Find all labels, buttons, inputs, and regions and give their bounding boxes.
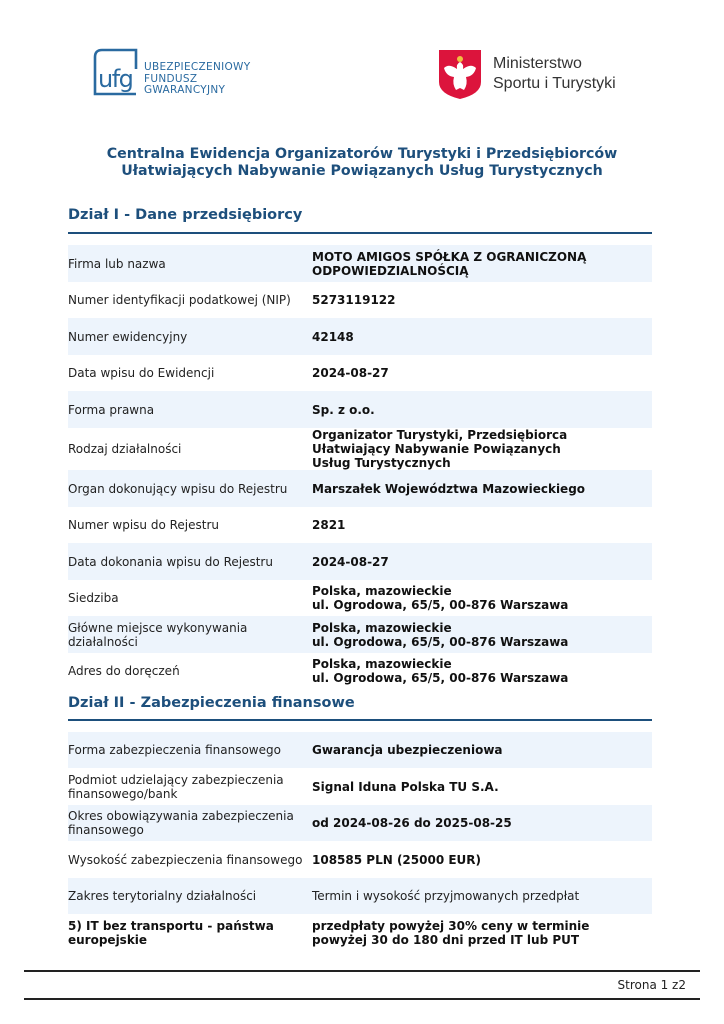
value: Signal Iduna Polska TU S.A. — [312, 780, 652, 794]
value: Marszałek Województwa Mazowieckiego — [312, 482, 652, 496]
svg-text:ufg: ufg — [98, 65, 133, 93]
row-register-number: Numer wpisu do Rejestru 2821 — [68, 507, 652, 543]
document-title: Centralna Ewidencja Organizatorów Turyst… — [0, 146, 724, 180]
section-2-table: Forma zabezpieczenia finansowego Gwaranc… — [68, 732, 652, 952]
label: Zakres terytorialny działalności — [68, 889, 312, 903]
page-number: Strona 1 z2 — [618, 978, 687, 992]
value: 108585 PLN (25000 EUR) — [312, 853, 652, 867]
row-register-authority: Organ dokonujący wpisu do Rejestru Marsz… — [68, 470, 652, 507]
row-company-name: Firma lub nazwa MOTO AMIGOS SPÓŁKA Z OGR… — [68, 245, 652, 282]
value-line-1: Polska, mazowieckie — [312, 584, 652, 598]
row-delivery-address: Adres do doręczeń Polska, mazowieckie ul… — [68, 653, 652, 689]
value-line-1: Polska, mazowieckie — [312, 621, 652, 635]
ministry-line-2: Sportu i Turystyki — [493, 74, 616, 94]
label: Data dokonania wpisu do Rejestru — [68, 555, 312, 569]
polish-eagle-emblem-icon — [437, 48, 483, 100]
row-register-date: Data dokonania wpisu do Rejestru 2024-08… — [68, 543, 652, 580]
value: 5273119122 — [312, 293, 652, 307]
ministry-line-1: Ministerstwo — [493, 54, 616, 74]
row-seat: Siedziba Polska, mazowieckie ul. Ogrodow… — [68, 580, 652, 616]
value: Termin i wysokość przyjmowanych przedpła… — [312, 889, 652, 903]
label: Okres obowiązywania zabezpieczenia finan… — [68, 809, 312, 837]
label: Numer identyfikacji podatkowej (NIP) — [68, 293, 312, 307]
value-line-2: ul. Ogrodowa, 65/5, 00-876 Warszawa — [312, 671, 652, 685]
footer-bottom-rule — [24, 998, 700, 1000]
row-legal-form: Forma prawna Sp. z o.o. — [68, 391, 652, 428]
row-activity-type: Rodzaj działalności Organizator Turystyk… — [68, 428, 652, 470]
label: Organ dokonujący wpisu do Rejestru — [68, 482, 312, 496]
title-line-2: Ułatwiających Nabywanie Powiązanych Usłu… — [0, 163, 724, 180]
value-line-1: Polska, mazowieckie — [312, 657, 652, 671]
value-line-2: ul. Ogrodowa, 65/5, 00-876 Warszawa — [312, 598, 652, 612]
label: Siedziba — [68, 591, 312, 605]
value: Gwarancja ubezpieczeniowa — [312, 743, 652, 757]
section-1-rule — [68, 232, 652, 234]
value: 42148 — [312, 330, 652, 344]
label: Forma prawna — [68, 403, 312, 417]
value: przedpłaty powyżej 30% ceny w terminie p… — [312, 919, 652, 947]
label: Rodzaj działalności — [68, 442, 312, 456]
row-registry-number: Numer ewidencyjny 42148 — [68, 318, 652, 355]
value: Polska, mazowieckie ul. Ogrodowa, 65/5, … — [312, 657, 652, 685]
label: Numer ewidencyjny — [68, 330, 312, 344]
ufg-line-1: UBEZPIECZENIOWY — [144, 62, 250, 74]
value: 2024-08-27 — [312, 366, 652, 380]
row-security-amount: Wysokość zabezpieczenia finansowego 1085… — [68, 841, 652, 878]
label: Podmiot udzielający zabezpieczenia finan… — [68, 773, 312, 801]
row-territorial-scope-header: Zakres terytorialny działalności Termin … — [68, 878, 652, 914]
ministry-logo: Ministerstwo Sportu i Turystyki — [437, 48, 637, 103]
label: Firma lub nazwa — [68, 257, 312, 271]
row-main-place: Główne miejsce wykonywania działalności … — [68, 616, 652, 653]
footer-top-rule — [24, 970, 700, 972]
row-security-form: Forma zabezpieczenia finansowego Gwaranc… — [68, 732, 652, 768]
label: Forma zabezpieczenia finansowego — [68, 743, 312, 757]
row-validity-period: Okres obowiązywania zabezpieczenia finan… — [68, 805, 652, 841]
row-nip: Numer identyfikacji podatkowej (NIP) 527… — [68, 282, 652, 318]
ufg-mark-icon: ufg — [92, 47, 140, 97]
ministry-name: Ministerstwo Sportu i Turystyki — [493, 54, 616, 94]
value: Polska, mazowieckie ul. Ogrodowa, 65/5, … — [312, 621, 652, 649]
label: Data wpisu do Ewidencji — [68, 366, 312, 380]
label: 5) IT bez transportu - państwa europejsk… — [68, 919, 312, 947]
value: Sp. z o.o. — [312, 403, 652, 417]
value: od 2024-08-26 do 2025-08-25 — [312, 816, 652, 830]
title-line-1: Centralna Ewidencja Organizatorów Turyst… — [0, 146, 724, 163]
value-line-2: ul. Ogrodowa, 65/5, 00-876 Warszawa — [312, 635, 652, 649]
row-territorial-scope-entry: 5) IT bez transportu - państwa europejsk… — [68, 914, 652, 952]
section-2-heading: Dział II - Zabezpieczenia finansowe — [68, 695, 652, 711]
value: MOTO AMIGOS SPÓŁKA Z OGRANICZONĄ ODPOWIE… — [312, 250, 652, 278]
label: Główne miejsce wykonywania działalności — [68, 621, 312, 649]
row-entry-date: Data wpisu do Ewidencji 2024-08-27 — [68, 355, 652, 391]
section-1-table: Firma lub nazwa MOTO AMIGOS SPÓŁKA Z OGR… — [68, 245, 652, 689]
label: Numer wpisu do Rejestru — [68, 518, 312, 532]
label: Adres do doręczeń — [68, 664, 312, 678]
section-1-heading: Dział I - Dane przedsiębiorcy — [68, 207, 652, 223]
value: Polska, mazowieckie ul. Ogrodowa, 65/5, … — [312, 584, 652, 612]
label: Wysokość zabezpieczenia finansowego — [68, 853, 312, 867]
section-2-rule — [68, 719, 652, 721]
value: Organizator Turystyki, Przedsiębiorca Uł… — [312, 428, 652, 470]
ufg-logo: ufg UBEZPIECZENIOWY FUNDUSZ GWARANCYJNY — [92, 45, 262, 100]
value: 2024-08-27 — [312, 555, 652, 569]
row-security-provider: Podmiot udzielający zabezpieczenia finan… — [68, 768, 652, 805]
value: 2821 — [312, 518, 652, 532]
ufg-line-3: GWARANCYJNY — [144, 85, 250, 97]
ufg-name: UBEZPIECZENIOWY FUNDUSZ GWARANCYJNY — [144, 62, 250, 97]
